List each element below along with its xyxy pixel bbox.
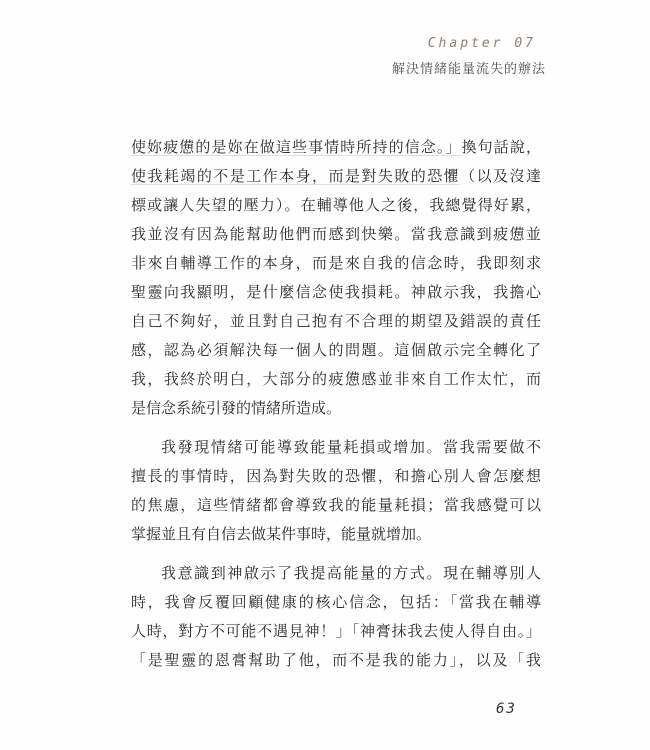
text-line: 我發現情緒可能導致能量耗損或增加。當我需要做不 [131, 433, 541, 462]
text-line: 是信念系統引發的情緒所造成。 [131, 394, 541, 423]
text-line: 我並沒有因為能幫助他們而感到快樂。當我意識到疲憊並 [131, 220, 541, 249]
text-line: 時，我會反覆回顧健康的核心信念，包括：「當我在輔導 [131, 588, 541, 617]
text-line: 感，認為必須解決每一個人的問題。這個啟示完全轉化了 [131, 336, 541, 365]
body-text: 使妳疲憊的是妳在做這些事情時所持的信念。」換句話說， 使我耗竭的不是工作本身，而… [131, 133, 541, 685]
text-line: 「是聖靈的恩膏幫助了他，而不是我的能力」，以及「我 [131, 646, 541, 675]
text-line: 自己不夠好，並且對自己抱有不合理的期望及錯誤的責任 [131, 307, 541, 336]
text-line: 擅長的事情時，因為對失敗的恐懼，和擔心別人會怎麼想 [131, 462, 541, 491]
highlighted-text: 使我耗竭的不是工作本身，而是對失敗的恐懼 [131, 167, 460, 185]
chapter-title: 解決情緒能量流失的辦法 [392, 58, 546, 77]
highlighted-text: 使妳疲憊的是妳在做這些事情時所持的信念。」 [131, 138, 462, 156]
page-number: 63 [496, 701, 517, 717]
text-line: 人時，對方不可能不遇見神！」「神膏抹我去使人得自由。」 [131, 617, 541, 646]
text-run: （以及沒達 [460, 167, 541, 185]
running-head: Chapter 07 解決情緒能量流失的辦法 [392, 36, 546, 77]
text-line: 標或讓人失望的壓力）。在輔導他人之後，我總覺得好累， [131, 191, 541, 220]
text-line: 使我耗竭的不是工作本身，而是對失敗的恐懼（以及沒達 [131, 162, 541, 191]
text-line: 使妳疲憊的是妳在做這些事情時所持的信念。」換句話說， [131, 133, 541, 162]
text-line: 的焦慮，這些情緒都會導致我的能量耗損；當我感覺可以 [131, 491, 541, 520]
paragraph-3: 我意識到神啟示了我提高能量的方式。現在輔導別人 時，我會反覆回顧健康的核心信念，… [131, 559, 541, 675]
chapter-label: Chapter 07 [392, 36, 536, 51]
text-line: 我，我終於明白，大部分的疲憊感並非來自工作太忙，而 [131, 365, 541, 394]
paragraph-2: 我發現情緒可能導致能量耗損或增加。當我需要做不 擅長的事情時，因為對失敗的恐懼，… [131, 433, 541, 549]
text-line: 非來自輔導工作的本身，而是來自我的信念時，我即刻求 [131, 249, 541, 278]
text-run: 換句話說， [462, 138, 541, 156]
book-page: Chapter 07 解決情緒能量流失的辦法 使妳疲憊的是妳在做這些事情時所持的… [0, 0, 650, 750]
paragraph-1: 使妳疲憊的是妳在做這些事情時所持的信念。」換句話說， 使我耗竭的不是工作本身，而… [131, 133, 541, 423]
text-line: 我意識到神啟示了我提高能量的方式。現在輔導別人 [131, 559, 541, 588]
text-line: 掌握並且有自信去做某件事時，能量就增加。 [131, 520, 541, 549]
text-line: 聖靈向我顯明，是什麼信念使我損耗。神啟示我，我擔心 [131, 278, 541, 307]
